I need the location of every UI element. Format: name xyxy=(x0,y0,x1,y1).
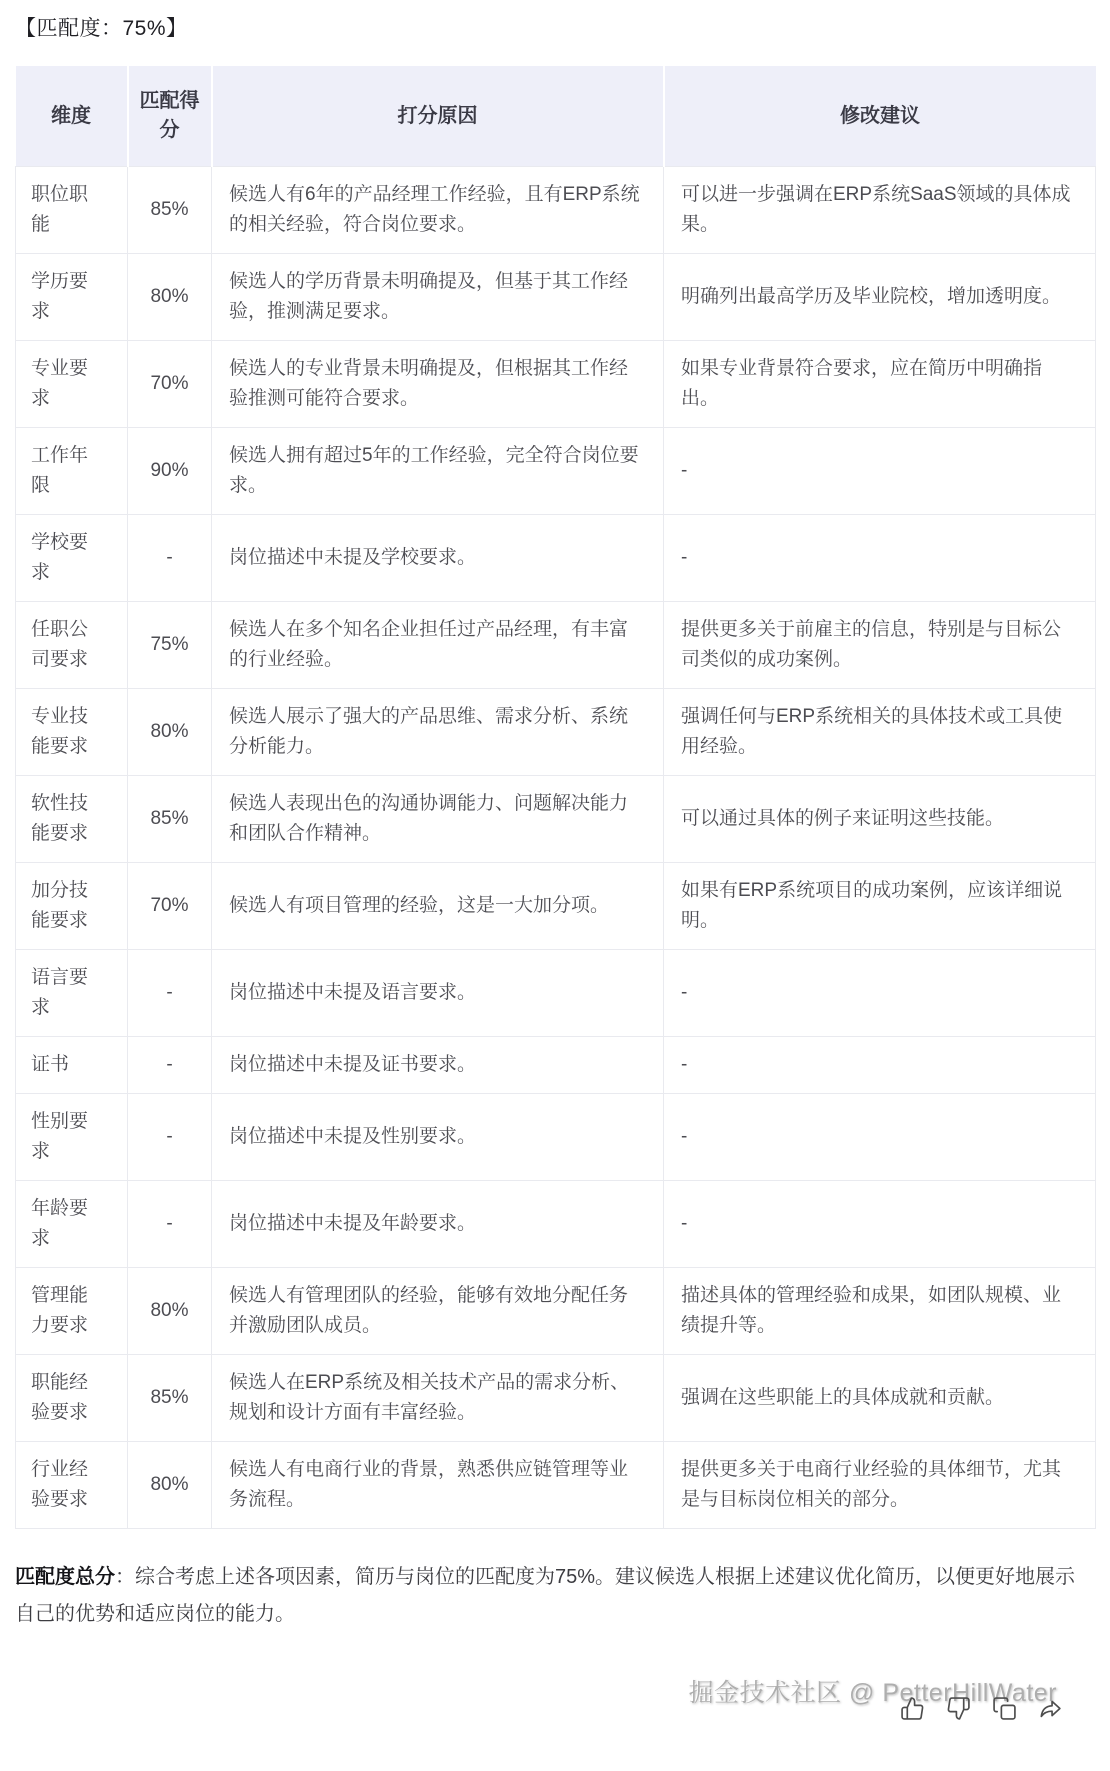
score-cell: 85% xyxy=(128,776,212,863)
dimension-cell: 学校要求 xyxy=(16,515,128,602)
dimension-cell: 软性技能要求 xyxy=(16,776,128,863)
table-row: 任职公司要求 75% 候选人在多个知名企业担任过产品经理，有丰富的行业经验。 提… xyxy=(16,602,1096,689)
suggestion-cell: 提供更多关于前雇主的信息，特别是与目标公司类似的成功案例。 xyxy=(664,602,1096,689)
table-row: 年龄要求 - 岗位描述中未提及年龄要求。 - xyxy=(16,1181,1096,1268)
match-report: 【匹配度：75%】 维度 匹配得分 打分原因 修改建议 职位职能 85% 候选人… xyxy=(0,0,1110,1771)
score-cell: 70% xyxy=(128,863,212,950)
table-row: 学校要求 - 岗位描述中未提及学校要求。 - xyxy=(16,515,1096,602)
score-cell: - xyxy=(128,1181,212,1268)
suggestion-cell: 可以通过具体的例子来证明这些技能。 xyxy=(664,776,1096,863)
reason-cell: 岗位描述中未提及性别要求。 xyxy=(212,1094,664,1181)
col-header-dimension: 维度 xyxy=(16,66,128,167)
suggestion-cell: - xyxy=(664,1181,1096,1268)
reason-cell: 候选人有6年的产品经理工作经验，且有ERP系统的相关经验，符合岗位要求。 xyxy=(212,167,664,254)
dimension-cell: 性别要求 xyxy=(16,1094,128,1181)
col-header-suggestion: 修改建议 xyxy=(664,66,1096,167)
match-table: 维度 匹配得分 打分原因 修改建议 职位职能 85% 候选人有6年的产品经理工作… xyxy=(15,66,1096,1529)
table-row: 职位职能 85% 候选人有6年的产品经理工作经验，且有ERP系统的相关经验，符合… xyxy=(16,167,1096,254)
suggestion-cell: 明确列出最高学历及毕业院校，增加透明度。 xyxy=(664,254,1096,341)
score-cell: 80% xyxy=(128,254,212,341)
suggestion-cell: - xyxy=(664,515,1096,602)
table-row: 职能经验要求 85% 候选人在ERP系统及相关技术产品的需求分析、规划和设计方面… xyxy=(16,1355,1096,1442)
reason-cell: 候选人的学历背景未明确提及，但基于其工作经验，推测满足要求。 xyxy=(212,254,664,341)
summary-text: ：综合考虑上述各项因素，简历与岗位的匹配度为75%。建议候选人根据上述建议优化简… xyxy=(15,1566,1075,1625)
col-header-score: 匹配得分 xyxy=(128,66,212,167)
dimension-cell: 工作年限 xyxy=(16,428,128,515)
footer-zone: 掘金技术社区 @ PetterHillWater xyxy=(15,1659,1095,1751)
table-row: 性别要求 - 岗位描述中未提及性别要求。 - xyxy=(16,1094,1096,1181)
score-cell: - xyxy=(128,515,212,602)
reason-cell: 岗位描述中未提及语言要求。 xyxy=(212,950,664,1037)
reason-cell: 岗位描述中未提及证书要求。 xyxy=(212,1037,664,1094)
table-row: 加分技能要求 70% 候选人有项目管理的经验，这是一大加分项。 如果有ERP系统… xyxy=(16,863,1096,950)
table-row: 语言要求 - 岗位描述中未提及语言要求。 - xyxy=(16,950,1096,1037)
copy-icon[interactable] xyxy=(992,1696,1017,1721)
dimension-cell: 加分技能要求 xyxy=(16,863,128,950)
score-cell: 75% xyxy=(128,602,212,689)
reason-cell: 候选人在ERP系统及相关技术产品的需求分析、规划和设计方面有丰富经验。 xyxy=(212,1355,664,1442)
suggestion-cell: 强调任何与ERP系统相关的具体技术或工具使用经验。 xyxy=(664,689,1096,776)
table-row: 学历要求 80% 候选人的学历背景未明确提及，但基于其工作经验，推测满足要求。 … xyxy=(16,254,1096,341)
summary-label: 匹配度总分 xyxy=(15,1566,115,1588)
dimension-cell: 证书 xyxy=(16,1037,128,1094)
message-actions xyxy=(900,1696,1063,1721)
table-row: 工作年限 90% 候选人拥有超过5年的工作经验，完全符合岗位要求。 - xyxy=(16,428,1096,515)
dimension-cell: 任职公司要求 xyxy=(16,602,128,689)
reason-cell: 候选人有项目管理的经验，这是一大加分项。 xyxy=(212,863,664,950)
dimension-cell: 年龄要求 xyxy=(16,1181,128,1268)
suggestion-cell: 描述具体的管理经验和成果，如团队规模、业绩提升等。 xyxy=(664,1268,1096,1355)
score-cell: 80% xyxy=(128,1268,212,1355)
suggestion-cell: 提供更多关于电商行业经验的具体细节，尤其是与目标岗位相关的部分。 xyxy=(664,1442,1096,1529)
suggestion-cell: - xyxy=(664,428,1096,515)
dimension-cell: 管理能力要求 xyxy=(16,1268,128,1355)
suggestion-cell: 可以进一步强调在ERP系统SaaS领域的具体成果。 xyxy=(664,167,1096,254)
suggestion-cell: - xyxy=(664,1094,1096,1181)
header-row: 维度 匹配得分 打分原因 修改建议 xyxy=(16,66,1096,167)
match-table-header: 维度 匹配得分 打分原因 修改建议 xyxy=(16,66,1096,167)
suggestion-cell: - xyxy=(664,950,1096,1037)
suggestion-cell: 如果有ERP系统项目的成功案例，应该详细说明。 xyxy=(664,863,1096,950)
score-cell: - xyxy=(128,1037,212,1094)
table-row: 管理能力要求 80% 候选人有管理团队的经验，能够有效地分配任务并激励团队成员。… xyxy=(16,1268,1096,1355)
table-row: 专业要求 70% 候选人的专业背景未明确提及，但根据其工作经验推测可能符合要求。… xyxy=(16,341,1096,428)
share-icon[interactable] xyxy=(1038,1696,1063,1721)
table-row: 软性技能要求 85% 候选人表现出色的沟通协调能力、问题解决能力和团队合作精神。… xyxy=(16,776,1096,863)
reason-cell: 候选人表现出色的沟通协调能力、问题解决能力和团队合作精神。 xyxy=(212,776,664,863)
reason-cell: 岗位描述中未提及年龄要求。 xyxy=(212,1181,664,1268)
reason-cell: 候选人在多个知名企业担任过产品经理，有丰富的行业经验。 xyxy=(212,602,664,689)
score-cell: 90% xyxy=(128,428,212,515)
summary-paragraph: 匹配度总分：综合考虑上述各项因素，简历与岗位的匹配度为75%。建议候选人根据上述… xyxy=(15,1559,1095,1633)
dislike-icon[interactable] xyxy=(946,1696,971,1721)
dimension-cell: 职位职能 xyxy=(16,167,128,254)
dimension-cell: 语言要求 xyxy=(16,950,128,1037)
suggestion-cell: - xyxy=(664,1037,1096,1094)
match-table-body: 职位职能 85% 候选人有6年的产品经理工作经验，且有ERP系统的相关经验，符合… xyxy=(16,167,1096,1529)
score-cell: - xyxy=(128,950,212,1037)
table-row: 专业技能要求 80% 候选人展示了强大的产品思维、需求分析、系统分析能力。 强调… xyxy=(16,689,1096,776)
dimension-cell: 职能经验要求 xyxy=(16,1355,128,1442)
score-cell: - xyxy=(128,1094,212,1181)
reason-cell: 岗位描述中未提及学校要求。 xyxy=(212,515,664,602)
score-cell: 85% xyxy=(128,167,212,254)
reason-cell: 候选人有电商行业的背景，熟悉供应链管理等业务流程。 xyxy=(212,1442,664,1529)
dimension-cell: 专业要求 xyxy=(16,341,128,428)
score-cell: 80% xyxy=(128,689,212,776)
dimension-cell: 行业经验要求 xyxy=(16,1442,128,1529)
reason-cell: 候选人的专业背景未明确提及，但根据其工作经验推测可能符合要求。 xyxy=(212,341,664,428)
table-row: 证书 - 岗位描述中未提及证书要求。 - xyxy=(16,1037,1096,1094)
reason-cell: 候选人有管理团队的经验，能够有效地分配任务并激励团队成员。 xyxy=(212,1268,664,1355)
score-cell: 85% xyxy=(128,1355,212,1442)
score-cell: 70% xyxy=(128,341,212,428)
match-score-title: 【匹配度：75%】 xyxy=(15,12,1095,42)
suggestion-cell: 强调在这些职能上的具体成就和贡献。 xyxy=(664,1355,1096,1442)
score-cell: 80% xyxy=(128,1442,212,1529)
col-header-reason: 打分原因 xyxy=(212,66,664,167)
reason-cell: 候选人展示了强大的产品思维、需求分析、系统分析能力。 xyxy=(212,689,664,776)
suggestion-cell: 如果专业背景符合要求，应在简历中明确指出。 xyxy=(664,341,1096,428)
like-icon[interactable] xyxy=(900,1696,925,1721)
dimension-cell: 专业技能要求 xyxy=(16,689,128,776)
dimension-cell: 学历要求 xyxy=(16,254,128,341)
table-row: 行业经验要求 80% 候选人有电商行业的背景，熟悉供应链管理等业务流程。 提供更… xyxy=(16,1442,1096,1529)
reason-cell: 候选人拥有超过5年的工作经验，完全符合岗位要求。 xyxy=(212,428,664,515)
